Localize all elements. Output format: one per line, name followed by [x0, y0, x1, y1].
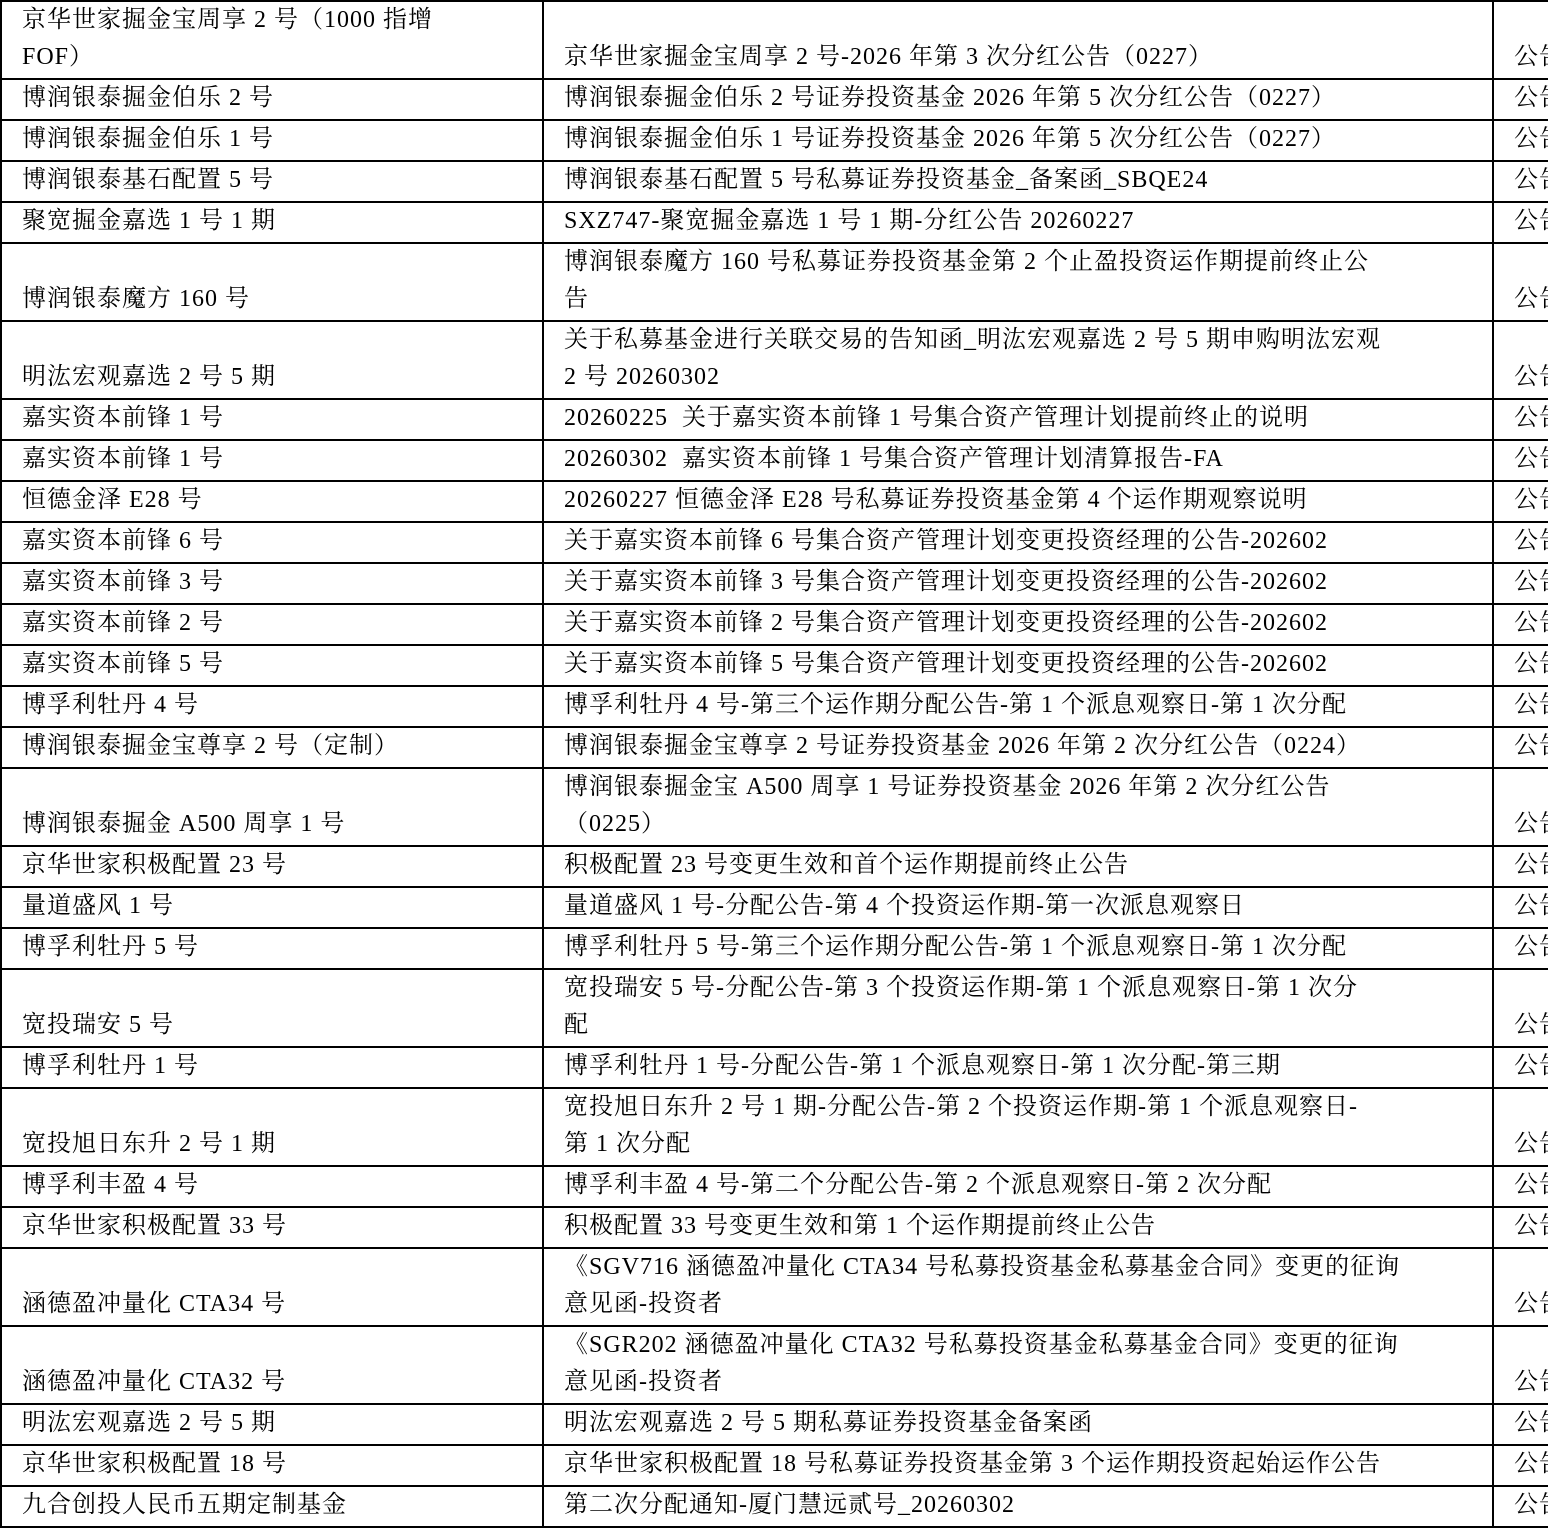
table-row: 恒德金泽 E28 号 20260227 恒德金泽 E28 号私募证券投资基金第 …: [1, 481, 1548, 522]
category-cell: 公告: [1493, 1248, 1548, 1326]
announcement-title-cell: 积极配置 33 号变更生效和第 1 个运作期提前终止公告: [543, 1207, 1493, 1248]
category-cell: 公告: [1493, 1207, 1548, 1248]
announcement-title-cell: 《SGV716 涵德盈冲量化 CTA34 号私募投资基金私募基金合同》变更的征询…: [543, 1248, 1493, 1326]
announcement-title-cell: 20260225 关于嘉实资本前锋 1 号集合资产管理计划提前终止的说明: [543, 399, 1493, 440]
category-cell: 公告: [1493, 481, 1548, 522]
table-row: 宽投旭日东升 2 号 1 期 宽投旭日东升 2 号 1 期-分配公告-第 2 个…: [1, 1088, 1548, 1166]
fund-name-cell: 嘉实资本前锋 2 号: [1, 604, 543, 645]
announcement-title-cell: 20260302 嘉实资本前锋 1 号集合资产管理计划清算报告-FA: [543, 440, 1493, 481]
announcement-title-cell: 博孚利牡丹 4 号-第三个运作期分配公告-第 1 个派息观察日-第 1 次分配: [543, 686, 1493, 727]
category-cell: 公告: [1493, 928, 1548, 969]
fund-name-cell: 博孚利牡丹 5 号: [1, 928, 543, 969]
fund-name-cell: 宽投旭日东升 2 号 1 期: [1, 1088, 543, 1166]
fund-name-cell: 博润银泰掘金宝尊享 2 号（定制）: [1, 727, 543, 768]
table-row: 嘉实资本前锋 2 号 关于嘉实资本前锋 2 号集合资产管理计划变更投资经理的公告…: [1, 604, 1548, 645]
table-body: 京华世家掘金宝周享 2 号（1000 指增 FOF） 京华世家掘金宝周享 2 号…: [1, 1, 1548, 1527]
fund-name-cell: 宽投瑞安 5 号: [1, 969, 543, 1047]
category-cell: 公告: [1493, 1326, 1548, 1404]
announcement-title-cell: 博孚利牡丹 1 号-分配公告-第 1 个派息观察日-第 1 次分配-第三期: [543, 1047, 1493, 1088]
fund-announcements-table: 京华世家掘金宝周享 2 号（1000 指增 FOF） 京华世家掘金宝周享 2 号…: [0, 0, 1548, 1528]
table-row: 宽投瑞安 5 号 宽投瑞安 5 号-分配公告-第 3 个投资运作期-第 1 个派…: [1, 969, 1548, 1047]
announcement-title-cell: 博润银泰魔方 160 号私募证券投资基金第 2 个止盈投资运作期提前终止公 告: [543, 243, 1493, 321]
fund-name-cell: 涵德盈冲量化 CTA32 号: [1, 1326, 543, 1404]
category-cell: 公告: [1493, 686, 1548, 727]
table-row: 博孚利牡丹 1 号 博孚利牡丹 1 号-分配公告-第 1 个派息观察日-第 1 …: [1, 1047, 1548, 1088]
fund-name-cell: 嘉实资本前锋 3 号: [1, 563, 543, 604]
fund-name-cell: 明汯宏观嘉选 2 号 5 期: [1, 321, 543, 399]
fund-name-cell: 嘉实资本前锋 1 号: [1, 440, 543, 481]
table-row: 量道盛风 1 号 量道盛风 1 号-分配公告-第 4 个投资运作期-第一次派息观…: [1, 887, 1548, 928]
announcement-title-cell: 《SGR202 涵德盈冲量化 CTA32 号私募投资基金私募基金合同》变更的征询…: [543, 1326, 1493, 1404]
category-cell: 公告: [1493, 969, 1548, 1047]
fund-name-cell: 博孚利牡丹 4 号: [1, 686, 543, 727]
category-cell: 公告: [1493, 1088, 1548, 1166]
category-cell: 公告: [1493, 79, 1548, 120]
fund-name-cell: 聚宽掘金嘉选 1 号 1 期: [1, 202, 543, 243]
document-page: 京华世家掘金宝周享 2 号（1000 指增 FOF） 京华世家掘金宝周享 2 号…: [0, 0, 1548, 1528]
fund-name-cell: 博孚利牡丹 1 号: [1, 1047, 543, 1088]
category-cell: 公告: [1493, 604, 1548, 645]
category-cell: 公告: [1493, 846, 1548, 887]
fund-name-cell: 博润银泰魔方 160 号: [1, 243, 543, 321]
fund-name-cell: 博润银泰掘金伯乐 1 号: [1, 120, 543, 161]
announcement-title-cell: 博润银泰掘金伯乐 1 号证券投资基金 2026 年第 5 次分红公告（0227）: [543, 120, 1493, 161]
fund-name-cell: 京华世家掘金宝周享 2 号（1000 指增 FOF）: [1, 1, 543, 79]
category-cell: 公告: [1493, 321, 1548, 399]
announcement-title-cell: 博润银泰基石配置 5 号私募证券投资基金_备案函_SBQE24: [543, 161, 1493, 202]
category-cell: 公告: [1493, 727, 1548, 768]
announcement-title-cell: 关于嘉实资本前锋 3 号集合资产管理计划变更投资经理的公告-202602: [543, 563, 1493, 604]
table-row: 博润银泰掘金伯乐 2 号 博润银泰掘金伯乐 2 号证券投资基金 2026 年第 …: [1, 79, 1548, 120]
announcement-title-cell: 宽投旭日东升 2 号 1 期-分配公告-第 2 个投资运作期-第 1 个派息观察…: [543, 1088, 1493, 1166]
announcement-title-cell: 京华世家掘金宝周享 2 号-2026 年第 3 次分红公告（0227）: [543, 1, 1493, 79]
announcement-title-cell: 量道盛风 1 号-分配公告-第 4 个投资运作期-第一次派息观察日: [543, 887, 1493, 928]
announcement-title-cell: 关于嘉实资本前锋 2 号集合资产管理计划变更投资经理的公告-202602: [543, 604, 1493, 645]
fund-name-cell: 九合创投人民币五期定制基金: [1, 1486, 543, 1527]
table-row: 博润银泰掘金伯乐 1 号 博润银泰掘金伯乐 1 号证券投资基金 2026 年第 …: [1, 120, 1548, 161]
table-row: 嘉实资本前锋 5 号 关于嘉实资本前锋 5 号集合资产管理计划变更投资经理的公告…: [1, 645, 1548, 686]
announcement-title-cell: 第二次分配通知-厦门慧远贰号_20260302: [543, 1486, 1493, 1527]
announcement-title-cell: 积极配置 23 号变更生效和首个运作期提前终止公告: [543, 846, 1493, 887]
table-row: 涵德盈冲量化 CTA34 号 《SGV716 涵德盈冲量化 CTA34 号私募投…: [1, 1248, 1548, 1326]
table-row: 明汯宏观嘉选 2 号 5 期 关于私募基金进行关联交易的告知函_明汯宏观嘉选 2…: [1, 321, 1548, 399]
announcement-title-cell: 博孚利牡丹 5 号-第三个运作期分配公告-第 1 个派息观察日-第 1 次分配: [543, 928, 1493, 969]
fund-name-cell: 京华世家积极配置 23 号: [1, 846, 543, 887]
category-cell: 公告: [1493, 1486, 1548, 1527]
category-cell: 公告: [1493, 1047, 1548, 1088]
category-cell: 公告: [1493, 1166, 1548, 1207]
fund-name-cell: 嘉实资本前锋 6 号: [1, 522, 543, 563]
fund-name-cell: 涵德盈冲量化 CTA34 号: [1, 1248, 543, 1326]
announcement-title-cell: 京华世家积极配置 18 号私募证券投资基金第 3 个运作期投资起始运作公告: [543, 1445, 1493, 1486]
fund-name-cell: 京华世家积极配置 18 号: [1, 1445, 543, 1486]
category-cell: 公告: [1493, 399, 1548, 440]
category-cell: 公告: [1493, 161, 1548, 202]
table-row: 京华世家积极配置 33 号 积极配置 33 号变更生效和第 1 个运作期提前终止…: [1, 1207, 1548, 1248]
fund-name-cell: 明汯宏观嘉选 2 号 5 期: [1, 1404, 543, 1445]
category-cell: 公告: [1493, 563, 1548, 604]
table-row: 博润银泰掘金 A500 周享 1 号 博润银泰掘金宝 A500 周享 1 号证券…: [1, 768, 1548, 846]
fund-name-cell: 博孚利丰盈 4 号: [1, 1166, 543, 1207]
table-row: 京华世家掘金宝周享 2 号（1000 指增 FOF） 京华世家掘金宝周享 2 号…: [1, 1, 1548, 79]
table-row: 博润银泰掘金宝尊享 2 号（定制） 博润银泰掘金宝尊享 2 号证券投资基金 20…: [1, 727, 1548, 768]
fund-name-cell: 嘉实资本前锋 1 号: [1, 399, 543, 440]
category-cell: 公告: [1493, 202, 1548, 243]
fund-name-cell: 博润银泰掘金 A500 周享 1 号: [1, 768, 543, 846]
table-row: 博孚利丰盈 4 号 博孚利丰盈 4 号-第二个分配公告-第 2 个派息观察日-第…: [1, 1166, 1548, 1207]
table-row: 嘉实资本前锋 6 号 关于嘉实资本前锋 6 号集合资产管理计划变更投资经理的公告…: [1, 522, 1548, 563]
category-cell: 公告: [1493, 887, 1548, 928]
table-row: 博润银泰基石配置 5 号 博润银泰基石配置 5 号私募证券投资基金_备案函_SB…: [1, 161, 1548, 202]
category-cell: 公告: [1493, 120, 1548, 161]
category-cell: 公告: [1493, 768, 1548, 846]
announcement-title-cell: 关于嘉实资本前锋 5 号集合资产管理计划变更投资经理的公告-202602: [543, 645, 1493, 686]
fund-name-cell: 量道盛风 1 号: [1, 887, 543, 928]
announcement-title-cell: 20260227 恒德金泽 E28 号私募证券投资基金第 4 个运作期观察说明: [543, 481, 1493, 522]
announcement-title-cell: 宽投瑞安 5 号-分配公告-第 3 个投资运作期-第 1 个派息观察日-第 1 …: [543, 969, 1493, 1047]
table-row: 嘉实资本前锋 3 号 关于嘉实资本前锋 3 号集合资产管理计划变更投资经理的公告…: [1, 563, 1548, 604]
table-row: 涵德盈冲量化 CTA32 号 《SGR202 涵德盈冲量化 CTA32 号私募投…: [1, 1326, 1548, 1404]
category-cell: 公告: [1493, 1445, 1548, 1486]
category-cell: 公告: [1493, 243, 1548, 321]
table-row: 嘉实资本前锋 1 号 20260225 关于嘉实资本前锋 1 号集合资产管理计划…: [1, 399, 1548, 440]
table-row: 嘉实资本前锋 1 号 20260302 嘉实资本前锋 1 号集合资产管理计划清算…: [1, 440, 1548, 481]
announcement-title-cell: 博润银泰掘金伯乐 2 号证券投资基金 2026 年第 5 次分红公告（0227）: [543, 79, 1493, 120]
table-row: 九合创投人民币五期定制基金 第二次分配通知-厦门慧远贰号_20260302 公告: [1, 1486, 1548, 1527]
fund-name-cell: 博润银泰基石配置 5 号: [1, 161, 543, 202]
announcement-title-cell: 博润银泰掘金宝 A500 周享 1 号证券投资基金 2026 年第 2 次分红公…: [543, 768, 1493, 846]
announcement-title-cell: 明汯宏观嘉选 2 号 5 期私募证券投资基金备案函: [543, 1404, 1493, 1445]
announcement-title-cell: 博润银泰掘金宝尊享 2 号证券投资基金 2026 年第 2 次分红公告（0224…: [543, 727, 1493, 768]
table-row: 博孚利牡丹 5 号 博孚利牡丹 5 号-第三个运作期分配公告-第 1 个派息观察…: [1, 928, 1548, 969]
fund-name-cell: 嘉实资本前锋 5 号: [1, 645, 543, 686]
table-row: 博润银泰魔方 160 号 博润银泰魔方 160 号私募证券投资基金第 2 个止盈…: [1, 243, 1548, 321]
announcement-title-cell: SXZ747-聚宽掘金嘉选 1 号 1 期-分红公告 20260227: [543, 202, 1493, 243]
announcement-title-cell: 关于私募基金进行关联交易的告知函_明汯宏观嘉选 2 号 5 期申购明汯宏观 2 …: [543, 321, 1493, 399]
category-cell: 公告: [1493, 440, 1548, 481]
announcement-title-cell: 博孚利丰盈 4 号-第二个分配公告-第 2 个派息观察日-第 2 次分配: [543, 1166, 1493, 1207]
table-row: 博孚利牡丹 4 号 博孚利牡丹 4 号-第三个运作期分配公告-第 1 个派息观察…: [1, 686, 1548, 727]
table-row: 京华世家积极配置 18 号 京华世家积极配置 18 号私募证券投资基金第 3 个…: [1, 1445, 1548, 1486]
fund-name-cell: 恒德金泽 E28 号: [1, 481, 543, 522]
category-cell: 公告: [1493, 1, 1548, 79]
fund-name-cell: 京华世家积极配置 33 号: [1, 1207, 543, 1248]
table-row: 京华世家积极配置 23 号 积极配置 23 号变更生效和首个运作期提前终止公告 …: [1, 846, 1548, 887]
table-row: 聚宽掘金嘉选 1 号 1 期 SXZ747-聚宽掘金嘉选 1 号 1 期-分红公…: [1, 202, 1548, 243]
table-row: 明汯宏观嘉选 2 号 5 期 明汯宏观嘉选 2 号 5 期私募证券投资基金备案函…: [1, 1404, 1548, 1445]
category-cell: 公告: [1493, 645, 1548, 686]
category-cell: 公告: [1493, 522, 1548, 563]
announcement-title-cell: 关于嘉实资本前锋 6 号集合资产管理计划变更投资经理的公告-202602: [543, 522, 1493, 563]
fund-name-cell: 博润银泰掘金伯乐 2 号: [1, 79, 543, 120]
category-cell: 公告: [1493, 1404, 1548, 1445]
